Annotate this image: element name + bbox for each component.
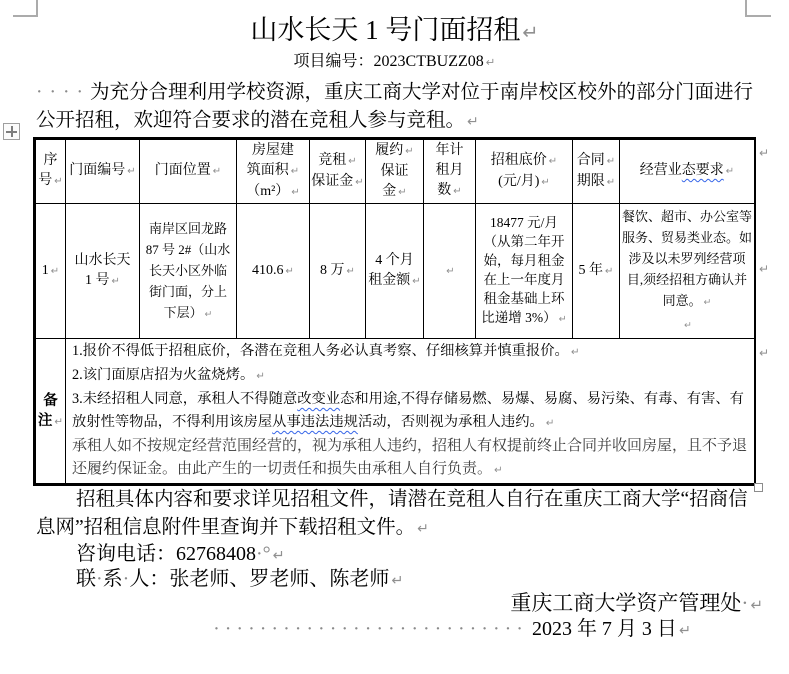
cell-location: 南岸区回龙路87 号 2#（山水长天小区外临街门面，分上下层）↵ bbox=[140, 204, 237, 339]
intro-paragraph: ····为充分合理利用学校资源，重庆工商大学对位于南岸校区校外的部分门面进行公开… bbox=[36, 79, 754, 136]
cell-notes-body: 1.报价不得低于招租底价，各潜在竞租人务必认真考察、仔细核算并慎重报价。↵2.该… bbox=[66, 339, 755, 484]
phone-line: 咨询电话：62768408·°↵ bbox=[76, 541, 285, 569]
table-notes-row: 备注↵ 1.报价不得低于招租底价，各潜在竞租人务必认真考察、仔细核算并慎重报价。… bbox=[36, 339, 755, 484]
cell-area: 410.6↵ bbox=[237, 204, 310, 339]
cell-rent-months: ↵ bbox=[424, 204, 476, 339]
th-business-type: 经营业态要求↵ bbox=[620, 140, 755, 204]
th-rent-months: 年计租月数↵ bbox=[424, 140, 476, 204]
table-data-row: 1↵ 山水长天1 号↵ 南岸区回龙路87 号 2#（山水长天小区外临街门面，分上… bbox=[36, 204, 755, 339]
signature-line: 重庆工商大学资产管理处·↵ bbox=[510, 590, 763, 619]
th-base-price: 招租底价↵(元/月)↵ bbox=[476, 140, 573, 204]
cell-seq: 1↵ bbox=[36, 204, 66, 339]
date-line: ···························2023 年 7 月 3 … bbox=[213, 616, 691, 645]
th-area: 房屋建筑面积↵（m²）↵ bbox=[237, 140, 310, 204]
cell-contract-term: 5 年↵ bbox=[573, 204, 620, 339]
cell-shop-code: 山水长天1 号↵ bbox=[66, 204, 140, 339]
th-location: 门面位置↵ bbox=[140, 140, 237, 204]
table-resize-handle[interactable] bbox=[754, 483, 763, 492]
table-header-row: 序号↵ 门面编号↵ 门面位置↵ 房屋建筑面积↵（m²）↵ 竞租↵保证金↵ 履约↵… bbox=[36, 140, 755, 204]
th-bid-deposit: 竞租↵保证金↵ bbox=[310, 140, 366, 204]
row-end-mark: ↵ bbox=[759, 146, 769, 160]
th-shop-code: 门面编号↵ bbox=[66, 140, 140, 204]
th-contract-term: 合同↵期限↵ bbox=[573, 140, 620, 204]
document-page: 山水长天 1 号门面招租↵ 项目编号：2023CTBUZZ08↵ ····为充分… bbox=[0, 0, 789, 674]
cell-business-type: 餐饮、超市、办公室等服务、贸易类业态。如涉及以未罗列经营项目,须经招租方确认并同… bbox=[620, 204, 755, 339]
doc-title: 山水长天 1 号门面招租↵ bbox=[0, 12, 789, 51]
outro-paragraph: 招租具体内容和要求详见招租文件，请潜在竞租人自行在重庆工商大学“招商信息网”招租… bbox=[36, 486, 754, 543]
row-end-mark: ↵ bbox=[759, 346, 769, 360]
th-performance-deposit: 履约↵保证金↵ bbox=[366, 140, 424, 204]
cell-performance-deposit: 4 个月租金额↵ bbox=[366, 204, 424, 339]
cell-bid-deposit: 8 万↵ bbox=[310, 204, 366, 339]
cell-base-price: 18477 元/月（从第二年开始，每月租金在上一年度月租金基础上环比递增 3%）… bbox=[476, 204, 573, 339]
rental-info-table: 序号↵ 门面编号↵ 门面位置↵ 房屋建筑面积↵（m²）↵ 竞租↵保证金↵ 履约↵… bbox=[33, 137, 756, 486]
contact-line: 联·系·人：张老师、罗老师、陈老师↵ bbox=[76, 566, 403, 594]
table-move-handle[interactable] bbox=[3, 123, 20, 140]
th-seq: 序号↵ bbox=[36, 140, 66, 204]
project-number-line: 项目编号：2023CTBUZZ08↵ bbox=[0, 51, 789, 73]
cell-notes-label: 备注↵ bbox=[36, 339, 66, 484]
four-way-move-icon bbox=[11, 126, 13, 137]
row-end-mark: ↵ bbox=[759, 262, 769, 276]
